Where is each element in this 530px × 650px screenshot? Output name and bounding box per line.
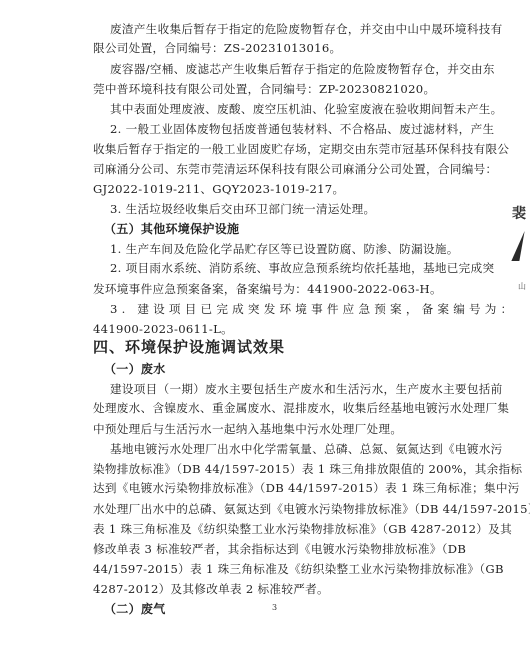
paragraph-line: 处理废水、含镍废水、重金属废水、混排废水，收集后经基地电镀污水处理厂集 [93,401,478,415]
paragraph-line: 2. 项目雨水系统、消防系统、事故应急预系统均依托基地，基地已完成突 [110,261,495,275]
stamp-star-icon [511,231,524,261]
paragraph-line: 发环境事件应急预案备案，备案编号为：441900-2022-063-H。 [93,282,478,296]
paragraph-line: 4287-2012）及其修改单表 2 标准较严者。 [93,582,478,596]
paragraph-line: 1. 生产车间及危险化学品贮存区等已设置防腐、防渗、防漏设施。 [110,242,495,256]
paragraph-line: 莞中普环境科技有限公司处置，合同编号：ZP-20230821020。 [93,82,478,96]
paragraph-line: 废容器/空桶、废滤芯产生收集后暂存于指定的危险废物暂存仓，并交由东 [110,62,495,76]
page-number: 3 [272,603,277,612]
paragraph-line: 限公司处置，合同编号：ZS-20231013016。 [93,41,478,55]
paragraph-line: 水处理厂出水中的总磷、氨氮达到《电镀水污染物排放标准》（DB 44/1597-2… [93,502,478,516]
paragraph-line: 建设项目（一期）废水主要包括生产废水和生活污水，生产废水主要包括前 [110,382,495,396]
paragraph-line: 基地电镀污水处理厂出水中化学需氧量、总磷、总氮、氨氮达到《电镀水污 [110,442,495,456]
paragraph-line: 达到《电镀水污染物排放标准》（DB 44/1597-2015）表 1 珠三角标准… [93,481,478,495]
paragraph-line: 废渣产生收集后暂存于指定的危险废物暂存仓，并交由中山中晟环境科技有 [110,22,495,36]
paragraph-line: 3. 建设项目已完成突发环境事件应急预案，备案编号为： [110,302,495,316]
paragraph-line: GJ2022-1019-211、GQY2023-1019-217。 [93,182,478,196]
section-heading: （一）废水 [104,362,489,376]
paragraph-line: 2. 一般工业固体废物包括废普通包装材料、不合格品、废过滤材料，产生 [110,122,495,136]
paragraph-line: 441900-2023-0611-L。 [93,322,478,336]
document-page: 废渣产生收集后暂存于指定的危险废物暂存仓，并交由中山中晟环境科技有 限公司处置，… [0,0,530,650]
stamp-character: 裴 [512,203,526,223]
stamp-mark: 山 [518,281,526,292]
paragraph-line: 表 1 珠三角标准及《纺织染整工业水污染物排放标准》（GB 4287-2012）… [93,522,478,536]
paragraph-line: 修改单表 3 标准较严者，其余指标达到《电镀水污染物排放标准》（DB [93,542,478,556]
paragraph-line: 中预处理后与生活污水一起纳入基地集中污水处理厂处理。 [93,422,478,436]
paragraph-line: 收集后暂存于指定的一般工业固废贮存场，定期交由东莞市冠基环保科技有限公 [93,142,478,156]
paragraph-line: 44/1597-2015）表 1 珠三角标准及《纺织染整工业水污染物排放标准》（… [93,562,478,576]
section-heading: （五）其他环境保护设施 [104,222,489,236]
chapter-heading: 四、环境保护设施调试效果 [93,340,478,354]
paragraph-line: 其中表面处理废液、废酸、废空压机油、化验室废液在验收期间暂未产生。 [110,102,495,116]
paragraph-line: 司麻涌分公司、东莞市莞清运环保科技有限公司麻涌分公司处置，合同编号： [93,162,478,176]
section-heading: （二）废气 [104,602,489,616]
paragraph-line: 3. 生活垃圾经收集后交由环卫部门统一清运处理。 [110,202,495,216]
paragraph-line: 染物排放标准》（DB 44/1597-2015）表 1 珠三角排放限值的 200… [93,462,478,476]
seal-stamp-fragment: 裴 山 [512,203,530,278]
